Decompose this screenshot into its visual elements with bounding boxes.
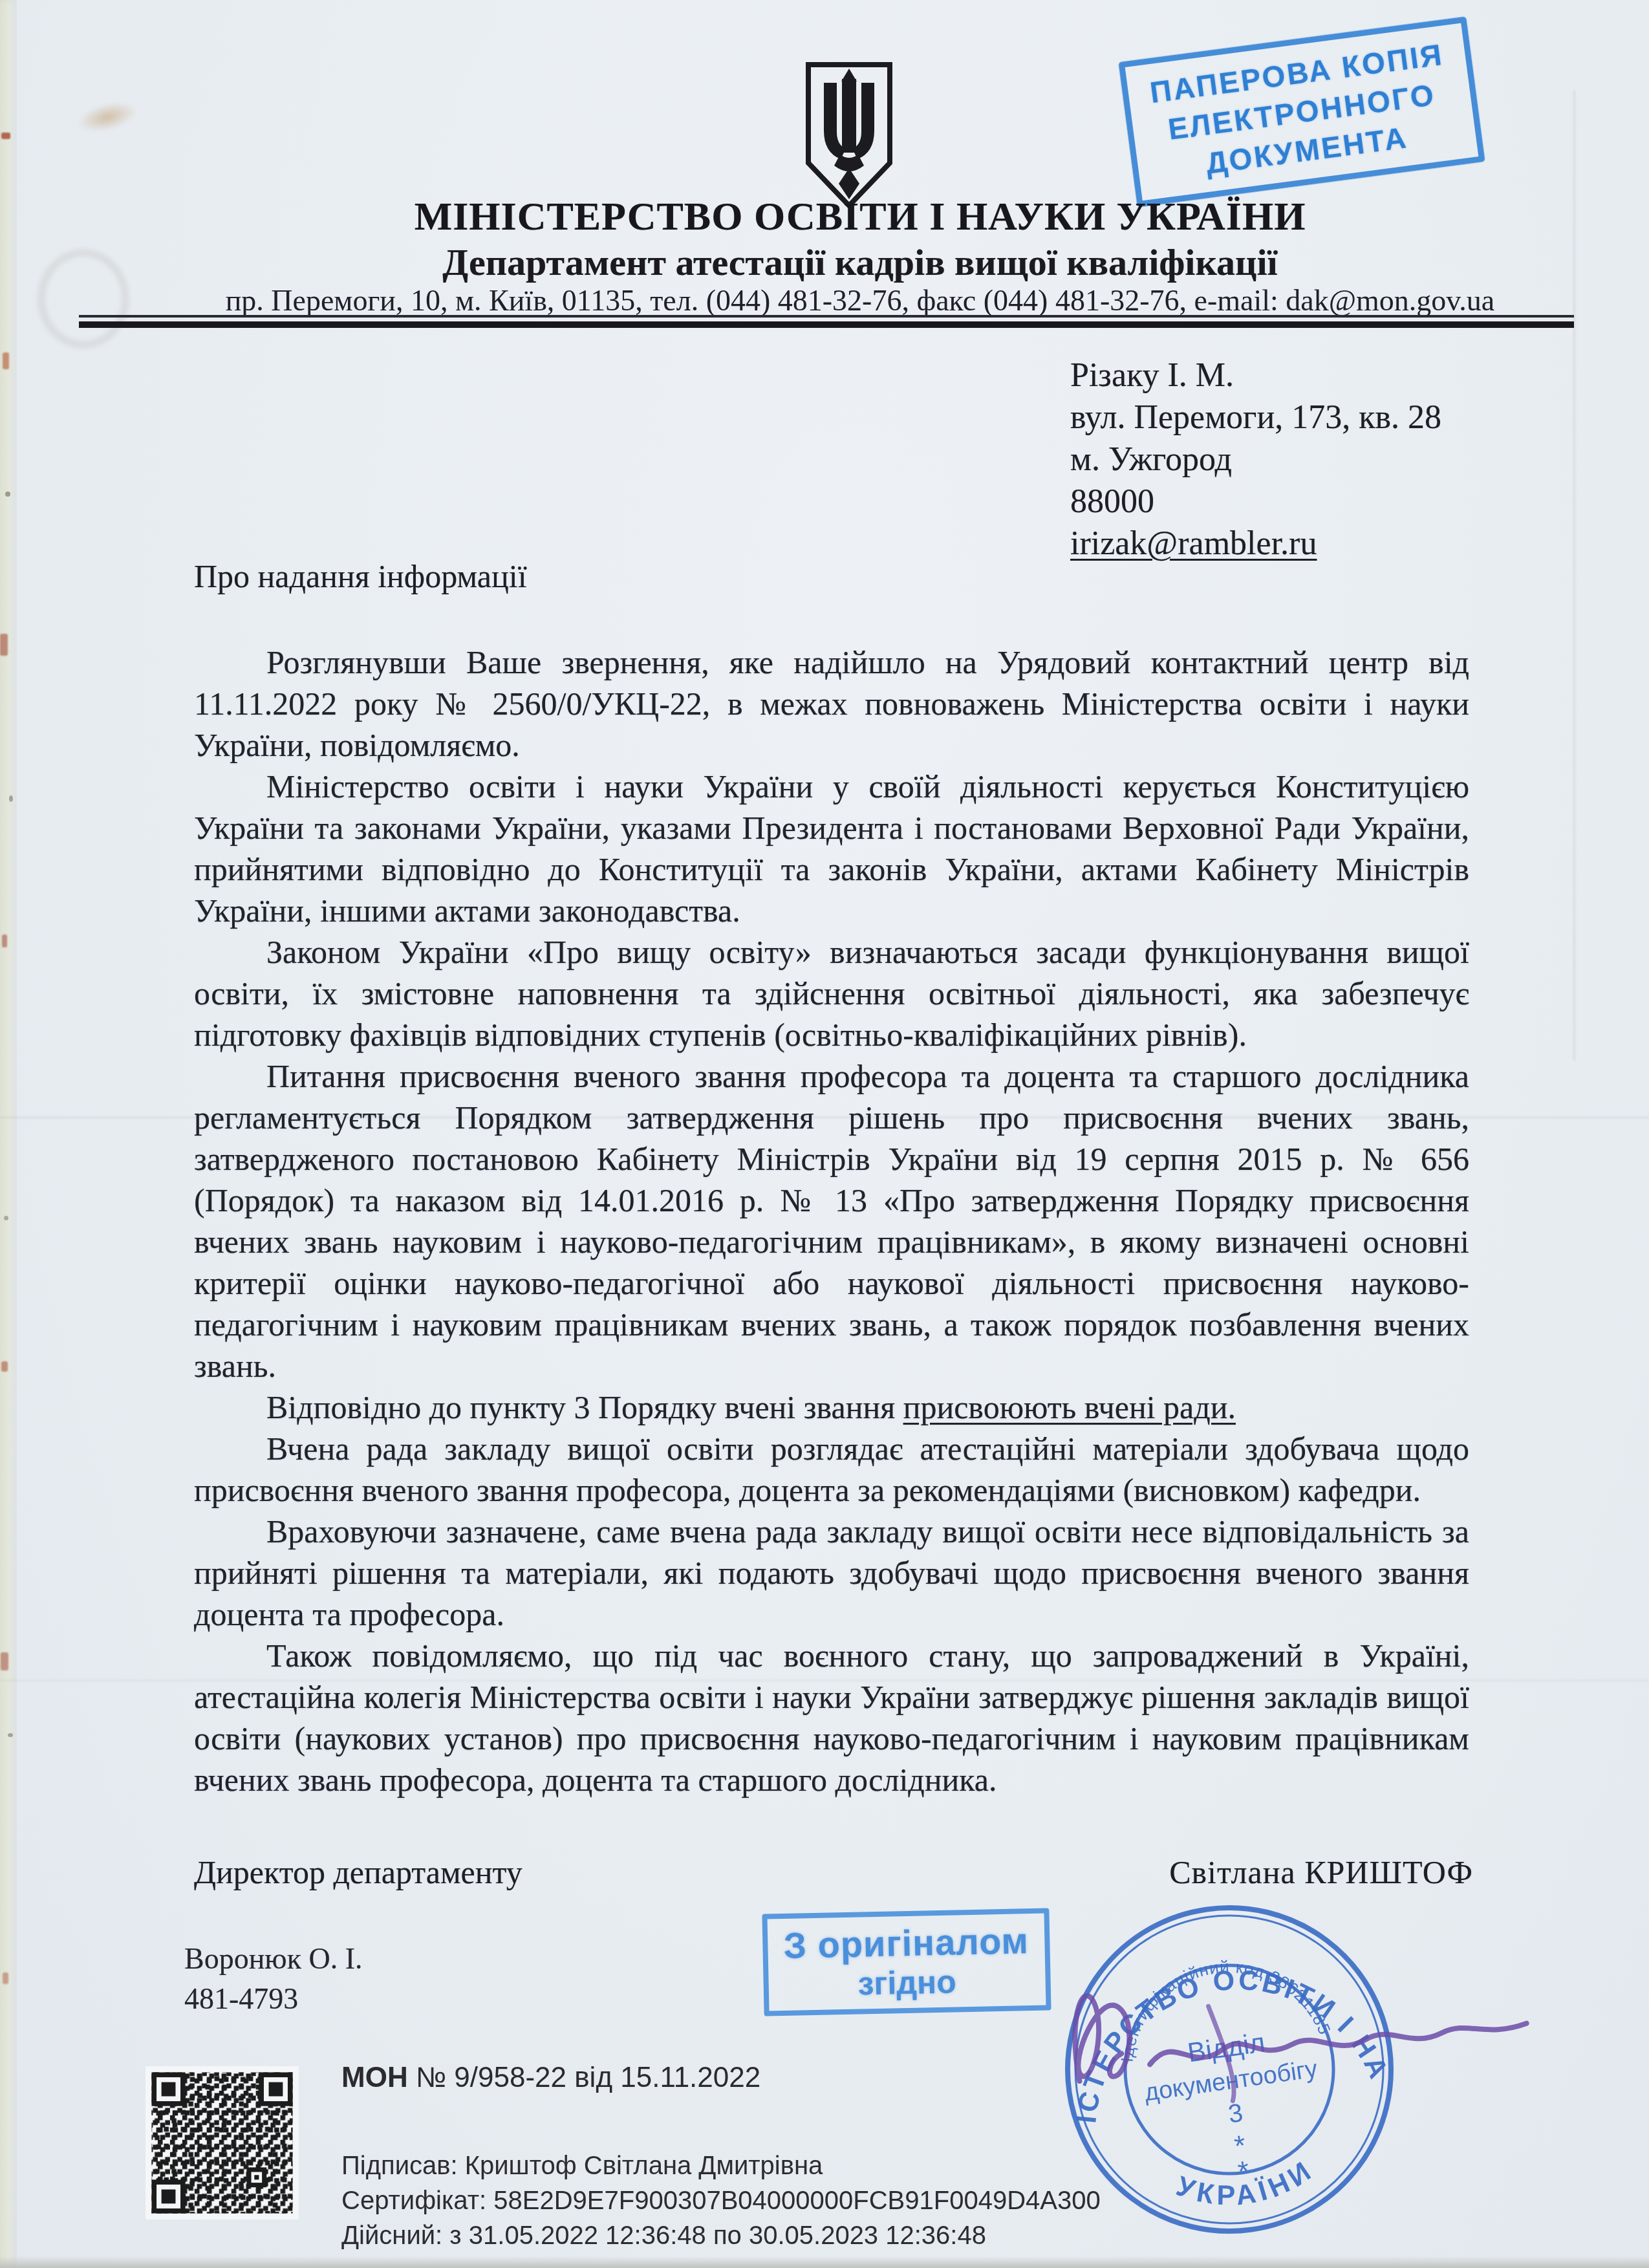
scanner-bottom-edge <box>0 2256 1649 2268</box>
recipient-name: Різаку І. М. <box>1070 354 1562 396</box>
recipient-block: Різаку І. М. вул. Перемоги, 173, кв. 28 … <box>1070 354 1562 565</box>
signer-title: Директор департаменту <box>194 1853 523 1891</box>
letterhead-address-text: пр. Перемоги, 10, м. Київ, 01135, тел. (… <box>226 284 1286 317</box>
paper-speck <box>8 1733 13 1737</box>
paper-copy-stamp: ПАПЕРОВА КОПІЯ ЕЛЕКТРОННОГО ДОКУМЕНТА <box>1119 17 1485 208</box>
paper-stain-ring <box>38 249 129 349</box>
red-edge-mark <box>1 1361 8 1372</box>
esignature-certificate: Сертифікат: 58E2D9E7F900307B04000000FCB9… <box>341 2183 1101 2218</box>
red-edge-mark <box>3 352 9 369</box>
letterhead-email-link[interactable]: dak@mon.gov.ua <box>1286 284 1494 317</box>
body-paragraph-text: Відповідно до пункту 3 Порядку вчені зва… <box>266 1389 903 1425</box>
signature-row: Директор департаменту Світлана КРИШТОФ <box>194 1853 1473 1891</box>
esignature-validity: Дійсний: з 31.05.2022 12:36:48 по 30.05.… <box>341 2218 1101 2253</box>
body-paragraph: Вчена рада закладу вищої освіти розгляда… <box>194 1428 1469 1511</box>
body-paragraph: Також повідомляємо, що під час воєнного … <box>194 1635 1469 1800</box>
registration-number-rest: № 9/958-22 від 15.11.2022 <box>408 2062 761 2093</box>
recipient-postcode: 88000 <box>1070 481 1562 523</box>
letter-subject: Про надання інформації <box>194 557 527 595</box>
signer-name: Світлана КРИШТОФ <box>1169 1853 1473 1891</box>
handwritten-signature <box>1011 1909 1589 2133</box>
body-paragraph-underline: присвоюють вчені ради. <box>903 1389 1236 1425</box>
body-paragraph-underlined: Відповідно до пункту 3 Порядку вчені зва… <box>194 1387 1469 1428</box>
contact-name: Воронюк О. І. <box>184 1939 363 1979</box>
body-paragraph: Враховуючи зазначене, саме вчена рада за… <box>194 1511 1469 1635</box>
body-paragraph: Законом України «Про вищу освіту» визнач… <box>194 931 1469 1055</box>
recipient-street: вул. Перемоги, 173, кв. 28 <box>1070 396 1562 438</box>
fold-crease-vertical <box>1573 91 1575 1061</box>
scanned-letter-page: ПАПЕРОВА КОПІЯ ЕЛЕКТРОННОГО ДОКУМЕНТА МІ… <box>0 0 1649 2268</box>
contact-person-block: Воронюк О. І. 481-4793 <box>184 1939 363 2019</box>
contact-phone: 481-4793 <box>184 1979 363 2019</box>
esignature-info-block: Підписав: Криштоф Світлана Дмитрівна Сер… <box>341 2148 1101 2253</box>
red-edge-mark <box>1 133 10 139</box>
red-edge-mark <box>1 1652 8 1670</box>
esignature-signed-by: Підписав: Криштоф Світлана Дмитрівна <box>341 2148 1101 2183</box>
red-edge-mark <box>0 634 8 656</box>
paper-stain <box>74 96 140 138</box>
recipient-email-link[interactable]: irizak@rambler.ru <box>1070 523 1562 565</box>
red-edge-mark <box>3 1972 8 1984</box>
certified-true-copy-stamp: З оригіналом згідно <box>762 1908 1051 2016</box>
ministry-title: МІНІСТЕРСТВО ОСВІТИ І НАУКИ УКРАЇНИ <box>158 194 1562 240</box>
body-paragraph: Міністерство освіти і науки України у св… <box>194 766 1469 931</box>
paper-speck <box>9 795 13 802</box>
certified-stamp-line: згідно <box>772 1961 1042 2005</box>
ukraine-trident-emblem-icon <box>802 59 896 212</box>
letter-body: Розглянувши Ваше звернення, яке надійшло… <box>194 642 1469 1800</box>
body-paragraph: Питання присвоєння вченого звання профес… <box>194 1055 1469 1387</box>
qr-code <box>145 2066 299 2219</box>
scanner-edge-strip <box>0 0 17 2268</box>
recipient-city: м. Ужгород <box>1070 438 1562 481</box>
red-edge-mark <box>2 934 7 947</box>
letterhead-rule-thin <box>79 315 1574 318</box>
letterhead-rule-thick <box>79 321 1574 328</box>
certified-stamp-line: З оригіналом <box>771 1920 1041 1967</box>
paper-speck <box>5 491 10 497</box>
body-paragraph: Розглянувши Ваше звернення, яке надійшло… <box>194 642 1469 766</box>
letterhead-address: пр. Перемоги, 10, м. Київ, 01135, тел. (… <box>158 283 1562 318</box>
registration-number-prefix: МОН <box>341 2062 408 2093</box>
registration-number: МОН № 9/958-22 від 15.11.2022 <box>341 2062 760 2094</box>
paper-speck <box>4 1216 8 1220</box>
department-title: Департамент атестації кадрів вищої квалі… <box>158 241 1562 284</box>
